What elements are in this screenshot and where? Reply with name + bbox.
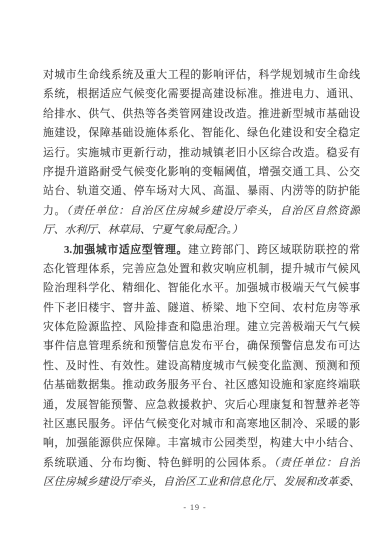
text-segment-kaiti: （责任单位：自治: [274, 457, 360, 469]
text-line: 通，发展智能预警、应急救援救护、灾后心理康复和智慧养老等: [43, 396, 360, 415]
text-segment-song: 通，发展智能预警、应急救援救护、灾后心理康复和智慧养老等: [43, 399, 360, 411]
text-line: 3.加强城市适应型管理。建立跨部门、跨区域联防联控的常: [43, 241, 360, 260]
text-line: 灾体危险源监控、风险排查和隐患治理。建立完善极端天气气候: [43, 318, 360, 337]
text-segment-song: 对城市生命线系统及重大工程的影响评估，科学规划城市生命线: [43, 69, 360, 81]
page-number: - 19 -: [0, 503, 390, 512]
text-segment-song: 估基础数据集。推动政务服务平台、社区感知设施和家庭终端联: [43, 379, 360, 391]
text-segment-song: 件下老旧楼宇、窨井盖、隧道、桥梁、地下空间、农村危房等承: [43, 302, 360, 314]
text-line: 险治理科学化、精细化、智能化水平。加强城市极端天气气候事: [43, 279, 360, 298]
text-line: 社区惠民服务。评估气候变化对城市和高寒地区制冷、采暖的影: [43, 415, 360, 434]
text-segment-song: 响，加强能源供应保障。丰富城市公园类型，构建大中小结合、: [43, 437, 360, 449]
text-segment-song: 施建设，保障基础设施体系化、智能化、绿色化建设和安全稳定: [43, 127, 360, 139]
text-segment-song: 系统联通、分布均衡、特色鲜明的公园体系。: [43, 457, 274, 469]
text-segment-song: 系统，根据适应气候变化需要提高建设标准。推进电力、通讯、: [43, 88, 360, 100]
text-line: 力。（责任单位：自治区住房城乡建设厅牵头，自治区自然资源: [43, 202, 360, 221]
text-line: 站台、轨道交通、停车场对大风、高温、暴雨、内涝等的防护能: [43, 182, 360, 201]
text-segment-kaiti: 区住房城乡建设厅牵头，自治区工业和信息化厅、发展和改革委、: [43, 476, 360, 488]
text-line: 事件信息管理系统和预警信息发布平台，确保预警信息发布可达: [43, 337, 360, 356]
text-segment-kaiti: （责任单位：自治区住房城乡建设厅牵头，自治区自然资源: [66, 205, 360, 217]
text-line: 对城市生命线系统及重大工程的影响评估，科学规划城市生命线: [43, 66, 360, 85]
text-segment-song: 事件信息管理系统和预警信息发布平台，确保预警信息发布可达: [43, 340, 360, 352]
text-line: 给排水、供气、供热等各类管网建设改造。推进新型城市基础设: [43, 105, 360, 124]
text-segment-song: 建立跨部门、跨区域联防联控的常: [188, 244, 360, 256]
text-line: 运行。实施城市更新行动，推动城镇老旧小区综合改造。稳妥有: [43, 144, 360, 163]
text-segment-song: 性、及时性、有效性。建设高精度城市气候变化监测、预测和预: [43, 360, 360, 372]
text-line: 施建设，保障基础设施体系化、智能化、绿色化建设和安全稳定: [43, 124, 360, 143]
text-line: 响，加强能源供应保障。丰富城市公园类型，构建大中小结合、: [43, 434, 360, 453]
text-line: 件下老旧楼宇、窨井盖、隧道、桥梁、地下空间、农村危房等承: [43, 299, 360, 318]
text-line: 系统联通、分布均衡、特色鲜明的公园体系。（责任单位：自治: [43, 454, 360, 473]
text-segment-song: 序提升道路耐受气候变化影响的变幅阈值，增强交通工具、公交: [43, 166, 360, 178]
text-segment-song: 险治理科学化、精细化、智能化水平。加强城市极端天气气候事: [43, 282, 360, 294]
text-segment-song: 运行。实施城市更新行动，推动城镇老旧小区综合改造。稳妥有: [43, 147, 360, 159]
text-segment-song: 站台、轨道交通、停车场对大风、高温、暴雨、内涝等的防护能: [43, 185, 360, 197]
text-segment-song: 态化管理体系，完善应急处置和救灾响应机制，提升城市气候风: [43, 263, 360, 275]
text-segment-song: 社区惠民服务。评估气候变化对城市和高寒地区制冷、采暖的影: [43, 418, 360, 430]
document-text: 对城市生命线系统及重大工程的影响评估，科学规划城市生命线系统，根据适应气候变化需…: [43, 66, 360, 493]
text-segment-bold: 3.加强城市适应型管理。: [64, 244, 188, 256]
text-line: 系统，根据适应气候变化需要提高建设标准。推进电力、通讯、: [43, 85, 360, 104]
text-line: 区住房城乡建设厅牵头，自治区工业和信息化厅、发展和改革委、: [43, 473, 360, 492]
text-line: 估基础数据集。推动政务服务平台、社区感知设施和家庭终端联: [43, 376, 360, 395]
document-page: 对城市生命线系统及重大工程的影响评估，科学规划城市生命线系统，根据适应气候变化需…: [0, 0, 390, 551]
text-segment-song: 灾体危险源监控、风险排查和隐患治理。建立完善极端天气气候: [43, 321, 360, 333]
text-line: 厅、水利厅、林草局、宁夏气象局配合。）: [43, 221, 360, 240]
text-segment-kaiti: 厅、水利厅、林草局、宁夏气象局配合。）: [43, 224, 243, 236]
text-line: 性、及时性、有效性。建设高精度城市气候变化监测、预测和预: [43, 357, 360, 376]
text-line: 序提升道路耐受气候变化影响的变幅阈值，增强交通工具、公交: [43, 163, 360, 182]
text-line: 态化管理体系，完善应急处置和救灾响应机制，提升城市气候风: [43, 260, 360, 279]
text-segment-song: 力。: [43, 205, 66, 217]
text-segment-song: 给排水、供气、供热等各类管网建设改造。推进新型城市基础设: [43, 108, 360, 120]
